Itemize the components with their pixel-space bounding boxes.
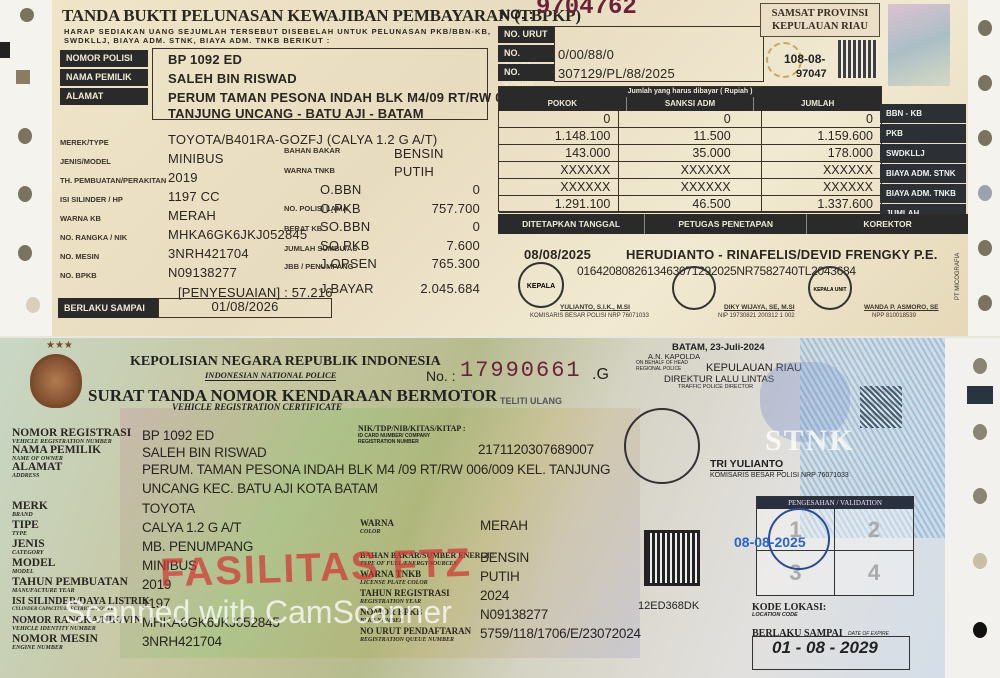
cell-pokok: XXXXXX	[499, 179, 619, 195]
tbpkp-instruction: HARAP SEDIAKAN UANG SEJUMLAH TERSEBUT DI…	[64, 27, 504, 45]
berat-kb-label: BERAT KB	[284, 224, 322, 233]
right-perforation-strip	[968, 0, 1000, 336]
row-label: PKB	[880, 124, 966, 143]
berlaku-sampai-label: BERLAKU SAMPAI	[58, 298, 158, 318]
perforation-hole-icon	[18, 128, 32, 144]
marker-block	[967, 386, 993, 404]
stnk-org-en: INDONESIAN NATIONAL POLICE	[205, 370, 336, 381]
perforation-hole-icon	[973, 488, 987, 504]
qr-code-icon	[838, 40, 878, 78]
opsen-row: J.OPSEN765.300	[320, 256, 480, 275]
perforation-hole-icon	[978, 240, 992, 256]
table-row: 143.00035.000178.000	[499, 145, 881, 162]
petugas-penetapan: HERUDIANTO - RINAFELIS/DEVID FRENGKY P.E…	[626, 247, 938, 262]
alamat-label: ALAMAT	[60, 88, 148, 105]
perforation-hole-icon	[20, 8, 34, 22]
qr-code-icon	[644, 530, 700, 586]
ditetapkan-header: DITETAPKAN TANGGAL	[498, 214, 645, 234]
perforation-hole-icon	[18, 245, 32, 261]
perforation-hole-icon	[973, 553, 987, 569]
cell-jumlah: XXXXXX	[762, 179, 881, 195]
validation-cell-4: 4	[835, 551, 913, 595]
table-row: XXXXXXXXXXXXXXXXXX	[499, 162, 881, 179]
stnk-no-value: 17990661	[460, 358, 582, 383]
stamp-kepala-unit-icon: KEPALA UNIT	[808, 266, 852, 310]
signer-3-name: WANDA P. ASMORO, SE	[864, 304, 939, 311]
nomor-polisi-label: NOMOR POLISI	[60, 50, 148, 67]
table-row: 1.291.10046.5001.337.600	[499, 196, 881, 213]
opsen-row: O.BBN0	[320, 182, 480, 201]
table-header-row: POKOK SANKSI ADM JUMLAH	[499, 97, 881, 111]
validation-header: PENGESAHAN / VALIDATION	[757, 497, 913, 509]
bahan-bakar: BENSIN	[394, 146, 444, 161]
petugas-header: PETUGAS PENETAPAN	[645, 214, 807, 234]
cell-sanksi: XXXXXX	[619, 179, 761, 195]
signer-1-title: KOMISARIS BESAR POLISI NRP 76071033	[530, 313, 649, 319]
row-label: SWDKLLJ	[880, 144, 966, 163]
col-header-pokok: POKOK	[499, 97, 627, 111]
lembar-date: 108-08-	[784, 52, 825, 66]
row-label: BIAYA ADM. STNK	[880, 164, 966, 183]
cell-jumlah: 1.337.600	[762, 196, 881, 212]
cell-jumlah: 1.159.600	[762, 128, 881, 144]
cell-jumlah: XXXXXX	[762, 162, 881, 178]
footer-header-row: DITETAPKAN TANGGAL PETUGAS PENETAPAN KOR…	[498, 214, 968, 234]
perforation-hole-icon	[26, 297, 40, 313]
stnk-no-label: No. :	[426, 368, 456, 384]
emblem-stars-icon: ★★★	[46, 340, 73, 351]
stnk-hologram-word: STNK	[765, 424, 855, 458]
tbpkp-no-value: 9704762	[536, 0, 637, 21]
table-body: 0001.148.10011.5001.159.600143.00035.000…	[499, 111, 881, 213]
perforation-hole-icon	[978, 130, 992, 146]
marker-block	[0, 42, 10, 58]
perforation-hole-icon	[973, 358, 987, 374]
samsat-line-1: SAMSAT PROVINSI	[761, 7, 879, 20]
payment-table: Jumlah yang harus dibayar ( Rupiah ) POK…	[498, 86, 882, 212]
cell-sanksi: 11.500	[619, 128, 761, 144]
korektor-header: KOREKTOR	[807, 214, 968, 234]
lembar-number: 97047	[796, 68, 827, 80]
director-en: TRAFFIC POLICE DIRECTOR	[678, 384, 753, 390]
perforation-hole-icon	[18, 186, 32, 202]
no-kohir-label: NO. KOHIR	[498, 64, 554, 81]
table-row-labels: BBN - KB PKB SWDKLLJ BIAYA ADM. STNK BIA…	[880, 104, 970, 223]
berlaku-sampai-stnk: 01 - 08 - 2029	[772, 638, 878, 658]
samsat-line-2: KEPULAUAN RIAU	[761, 20, 879, 33]
berlaku-sampai: 01/08/2026	[158, 298, 332, 318]
no-urut-label: NO. URUT	[498, 26, 554, 43]
col-header-sanksi: SANKSI ADM	[627, 97, 755, 111]
tbpkp-no-label: NO. :	[500, 6, 533, 22]
opsen-row: O.PKB757.700	[320, 201, 480, 220]
printer-mark: PT MICOGRAFIA	[955, 253, 961, 300]
cell-pokok: 143.000	[499, 145, 619, 161]
cell-jumlah: 0	[762, 111, 881, 127]
stnk-org: KEPOLISIAN NEGARA REPUBLIK INDONESIA	[130, 354, 441, 370]
table-row: XXXXXXXXXXXXXXXXXX	[499, 179, 881, 196]
ditetapkan-tanggal: 08/08/2025	[524, 247, 591, 262]
samsat-box: SAMSAT PROVINSI KEPULAUAN RIAU	[760, 3, 880, 37]
signer-1-name: YULIANTO, S.I.K., M.SI	[560, 304, 630, 311]
perforation-hole-icon	[978, 20, 992, 36]
bahan-bakar-label: BAHAN BAKAR	[284, 146, 340, 155]
no-kohir: 307129/PL/88/2025	[558, 66, 675, 81]
teliti-ulang-stamp: TELITI ULANG	[500, 396, 562, 406]
stamp-kepala-icon: KEPALA	[518, 262, 564, 308]
perforation-hole-icon	[978, 75, 992, 91]
perforation-hole-icon	[978, 185, 992, 201]
row-label: BBN - KB	[880, 104, 966, 123]
alamat-line-1: PERUM TAMAN PESONA INDAH BLK M4/09 RT/RW…	[168, 90, 521, 105]
signer-name: TRI YULIANTO	[710, 458, 783, 471]
no-skum: 0/00/88/0	[558, 47, 614, 62]
warna-tnkb-label: WARNA TNKB	[284, 166, 335, 175]
perforation-hole-icon	[973, 424, 987, 440]
opsen-row: SO.PKB7.600	[320, 238, 480, 257]
opsen-row: SO.BBN0	[320, 219, 480, 238]
tbpkp-document: TANDA BUKTI PELUNASAN KEWAJIBAN PEMBAYAR…	[52, 0, 972, 336]
alamat-line-2: TANJUNG UNCANG - BATU AJI - BATAM	[168, 106, 424, 121]
signer-3-title: NPP 810018539	[872, 313, 916, 319]
cell-pokok: 1.291.100	[499, 196, 619, 212]
cell-pokok: 0	[499, 111, 619, 127]
row-label: BIAYA ADM. TNKB	[880, 184, 966, 203]
perforation-hole-icon	[973, 622, 987, 638]
left-perforation-strip	[0, 0, 52, 336]
on-behalf: ON BEHALF OF HEAD REGIONAL POLICE	[636, 360, 696, 372]
opsen-list: O.BBN0 O.PKB757.700 SO.BBN0 SO.PKB7.600 …	[320, 182, 480, 299]
cell-jumlah: 178.000	[762, 145, 881, 161]
cell-sanksi: 35.000	[619, 145, 761, 161]
camscanner-watermark: Scanned with CamScanner	[64, 594, 452, 631]
opsen-row-total: J.BAYAR2.045.684	[320, 281, 480, 300]
table-row: 000	[499, 111, 881, 128]
signer-rank: KOMISARIS BESAR POLISI NRP 76071033	[710, 472, 849, 479]
nama-pemilik-label: NAMA PEMILIK	[60, 69, 148, 86]
qr-code-text: 12ED368DK	[638, 600, 699, 612]
hologram-sticker	[888, 4, 950, 86]
signer-2-title: NIP 19730821 200312 1 002	[718, 313, 795, 319]
nama-pemilik: SALEH BIN RISWAD	[168, 71, 297, 86]
perforation-square-icon	[16, 70, 30, 84]
police-emblem-icon	[30, 354, 82, 408]
stamp-icon	[672, 266, 716, 310]
validation-stamp-date: 08-08-2025	[734, 534, 806, 550]
validation-cell-2: 2	[835, 509, 913, 551]
warna-tnkb: PUTIH	[394, 164, 434, 179]
col-header-jumlah: JUMLAH	[754, 97, 881, 111]
nomor-polisi: BP 1092 ED	[168, 52, 242, 67]
perforation-hole-icon	[978, 295, 992, 311]
stnk-no-suffix: .G	[592, 366, 609, 384]
signer-2-name: DIKY WIJAYA, SE, M.SI	[724, 304, 795, 311]
cell-sanksi: 0	[619, 111, 761, 127]
table-row: 1.148.10011.5001.159.600	[499, 128, 881, 145]
cell-pokok: XXXXXX	[499, 162, 619, 178]
cell-sanksi: 46.500	[619, 196, 761, 212]
right-perforation-strip-bottom	[945, 338, 1000, 678]
no-skum-label: NO. SKUM	[498, 45, 554, 62]
cell-sanksi: XXXXXX	[619, 162, 761, 178]
kode-lokasi-en: LOCATION CODE	[752, 612, 798, 618]
table-caption: Jumlah yang harus dibayar ( Rupiah )	[499, 87, 881, 97]
cell-pokok: 1.148.100	[499, 128, 619, 144]
